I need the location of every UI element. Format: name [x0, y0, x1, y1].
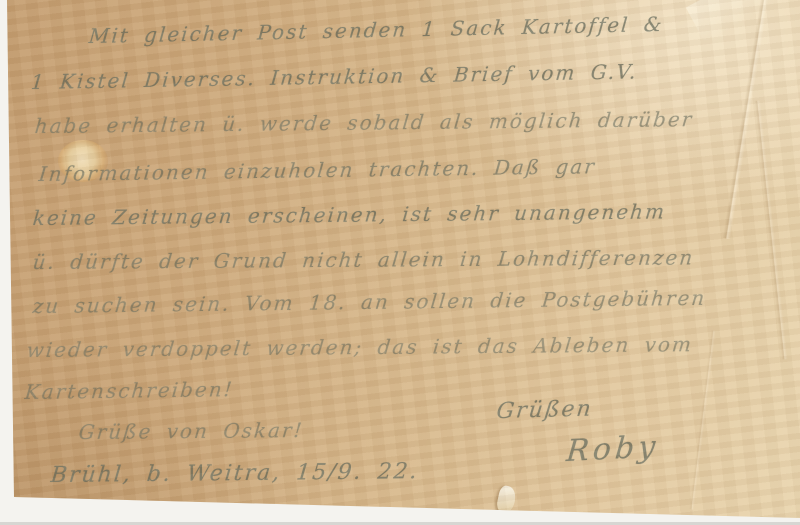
handwriting-line-6: ü. dürfte der Grund nicht allein in Lohn… — [32, 245, 696, 274]
handwriting-line-7: zu suchen sein. Vom 18. an sollen die Po… — [32, 286, 708, 318]
handwriting-line-9: Kartenschreiben! — [24, 377, 235, 404]
handwriting-line-2: 1 Kistel Diverses. Instruktion & Brief v… — [30, 59, 639, 94]
postcard-paper: Mit gleicher Post senden 1 Sack Kartoffe… — [0, 0, 800, 525]
paper-crease — [686, 0, 784, 43]
closing-word: Grüßen — [495, 396, 594, 424]
handwriting-line-4: Informationen einzuholen trachten. Daß g… — [38, 154, 597, 186]
place-date-line: Brühl, b. Weitra, 15/9. 22. — [50, 459, 420, 488]
paper-crease — [689, 330, 716, 509]
handwriting-line-1: Mit gleicher Post senden 1 Sack Kartoffe… — [88, 12, 665, 48]
signature: Roby — [565, 429, 661, 469]
paper-chip-damage — [495, 485, 517, 515]
scanned-postcard-image: Mit gleicher Post senden 1 Sack Kartoffe… — [0, 0, 800, 525]
handwriting-line-8: wieder verdoppelt werden; das ist das Ab… — [26, 332, 695, 362]
handwriting-line-3: habe erhalten ü. werde sobald als möglic… — [34, 107, 695, 138]
greeting-from-oskar: Grüße von Oskar! — [78, 418, 305, 444]
handwriting-line-5: keine Zeitungen erscheinen, ist sehr una… — [32, 199, 667, 230]
paper-crease — [722, 0, 769, 239]
paper-crease — [754, 100, 787, 359]
